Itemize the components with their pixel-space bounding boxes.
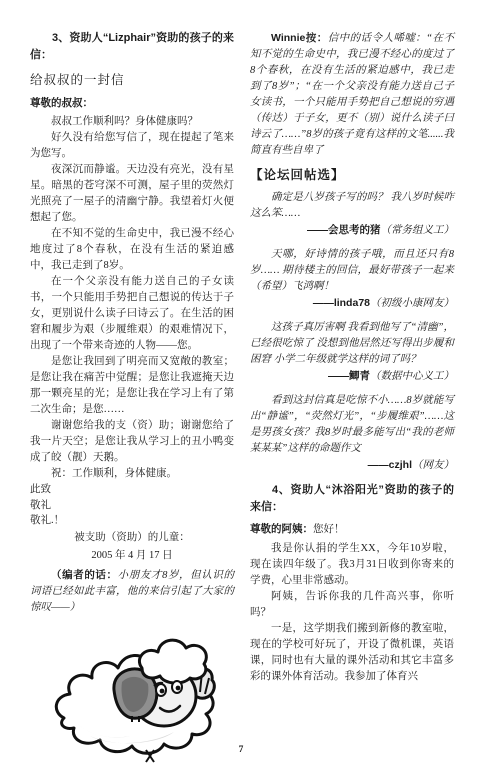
sheep-cartoon-drawing xyxy=(38,624,220,765)
letter-paragraph: 祝：工作顺利，身体健康。 xyxy=(30,466,234,482)
winnie-note-label: Winnie按： xyxy=(271,32,328,44)
reply-author-nick: ——czjhl xyxy=(368,459,412,471)
closing-jingli-2: 敬礼.！ xyxy=(30,513,234,529)
reply-author-nick: ——linda78 xyxy=(313,297,370,309)
forum-reply-author: ——linda78（初级小康网友） xyxy=(250,295,454,312)
forum-reply-author: ——会思考的猪（常务组义工） xyxy=(250,222,454,239)
reply-author-nick: ——鲫青 xyxy=(328,370,370,382)
section3-heading: 3、资助人“Lizphair”资助的孩子的来信： xyxy=(30,30,234,64)
editor-note: （编者的话：小朋友才8岁，但认识的词语已经如此丰富，他的来信引起了大家的惊叹——… xyxy=(30,567,234,616)
closing-jingli: 敬礼 xyxy=(30,498,234,514)
letter-paragraph: 夜深沉而静谧。天边没有亮光，没有星星。暗黑的苍穹深不可测，屋子里的荧然灯光照亮了… xyxy=(30,162,234,226)
forum-replies-heading: 【论坛回帖选】 xyxy=(250,166,454,184)
letter-paragraph: 一是，这学期我们搬到新修的教室啦，现在的学校可好玩了，开设了微机课，英语课，同时… xyxy=(250,621,454,685)
salutation-uncle: 尊敬的叔叔： xyxy=(30,95,234,111)
winnie-note: Winnie按：信中的话令人唏嘘：“在不知不觉的生命史中，我已漫不经心的度过了8… xyxy=(250,30,454,159)
salutation-aunt: 尊敬的阿姨：您好！ xyxy=(250,521,454,538)
forum-reply-author: ——czjhl（网友） xyxy=(250,457,454,474)
reply-author-role: （网友） xyxy=(412,460,454,471)
reply-author-nick: ——会思考的猪 xyxy=(307,224,381,236)
right-column: Winnie按：信中的话令人唏嘘：“在不知不觉的生命史中，我已漫不经心的度过了8… xyxy=(250,30,454,765)
left-column: 3、资助人“Lizphair”资助的孩子的来信： 给叔叔的一封信 尊敬的叔叔： … xyxy=(30,30,234,765)
salutation-aunt-label: 尊敬的阿姨： xyxy=(250,523,313,535)
sheep-cartoon xyxy=(30,624,234,765)
forum-reply-text: 这孩子真厉害啊 我看到他写了“清幽”，已经很吃惊了 没想到他居然还写得出步履和困… xyxy=(250,320,454,368)
reply-author-role: （初级小康网友） xyxy=(370,298,454,309)
letter-paragraph: 谢谢您给我的支（资）助；谢谢您给了我一片天空；是您让我从学习上的丑小鸭变成了皎（… xyxy=(30,418,234,466)
section4-heading: 4、资助人“沐浴阳光”资助的孩子的来信： xyxy=(250,482,454,516)
reply-author-role: （数据中心义工） xyxy=(370,371,454,382)
letter-paragraph: 我是你认捐的学生XX，今年10岁啦，现在读四年级了。我3月31日收到你寄来的学费… xyxy=(250,541,454,589)
document-page: 3、资助人“Lizphair”资助的孩子的来信： 给叔叔的一封信 尊敬的叔叔： … xyxy=(0,0,482,765)
forum-reply-text: 天哪，好诗情的孩子哦，而且还只有8岁…… 期待楼主的回信，最好带孩子一起来（希望… xyxy=(250,247,454,295)
signature-date: 2005 年 4 月 17 日 xyxy=(30,547,234,565)
page-number: 7 xyxy=(0,745,482,755)
letter-paragraph: 在不知不觉的生命史中，我已漫不经心地度过了8个春秋，在没有生活的紧迫感中，我已走… xyxy=(30,226,234,274)
letter-paragraph: 好久没有给您写信了，现在提起了笔来为您写。 xyxy=(30,130,234,162)
letter-paragraph: 叔叔工作顺利吗？身体健康吗？ xyxy=(30,114,234,130)
signature-line: 被支助（资助）的儿童： xyxy=(30,529,234,547)
forum-reply-author: ——鲫青（数据中心义工） xyxy=(250,368,454,385)
letter-paragraph: 是您让我回到了明亮而又宽敞的教室；是您让我在痛苦中觉醒；是您让我遮掩天边那一颗亮… xyxy=(30,354,234,418)
editor-note-label: （编者的话： xyxy=(51,569,118,581)
two-column-layout: 3、资助人“Lizphair”资助的孩子的来信： 给叔叔的一封信 尊敬的叔叔： … xyxy=(30,30,454,765)
letter-paragraph: 在一个父亲没有能力送自己的子女读书，一个只能用手势把自己想说的传达于子女，更别说… xyxy=(30,274,234,354)
salutation-aunt-greeting: 您好！ xyxy=(313,524,345,535)
forum-reply-text: 看到这封信真是吃惊不小……8岁就能写出“静谧”，“荧然灯光”，“步履维艰”……这… xyxy=(250,393,454,457)
forum-reply-text: 确定是八岁孩子写的吗？ 我八岁时候咋这么笨…… xyxy=(250,190,454,222)
winnie-note-text: 信中的话令人唏嘘：“在不知不觉的生命史中，我已漫不经心的度过了8个春秋，在没有生… xyxy=(250,33,454,156)
reply-author-role: （常务组义工） xyxy=(381,225,455,236)
letter-title: 给叔叔的一封信 xyxy=(30,71,234,89)
closing-cizhi: 此致 xyxy=(30,482,234,498)
letter-paragraph: 阿姨，告诉你我的几件高兴事，你听吗？ xyxy=(250,589,454,621)
